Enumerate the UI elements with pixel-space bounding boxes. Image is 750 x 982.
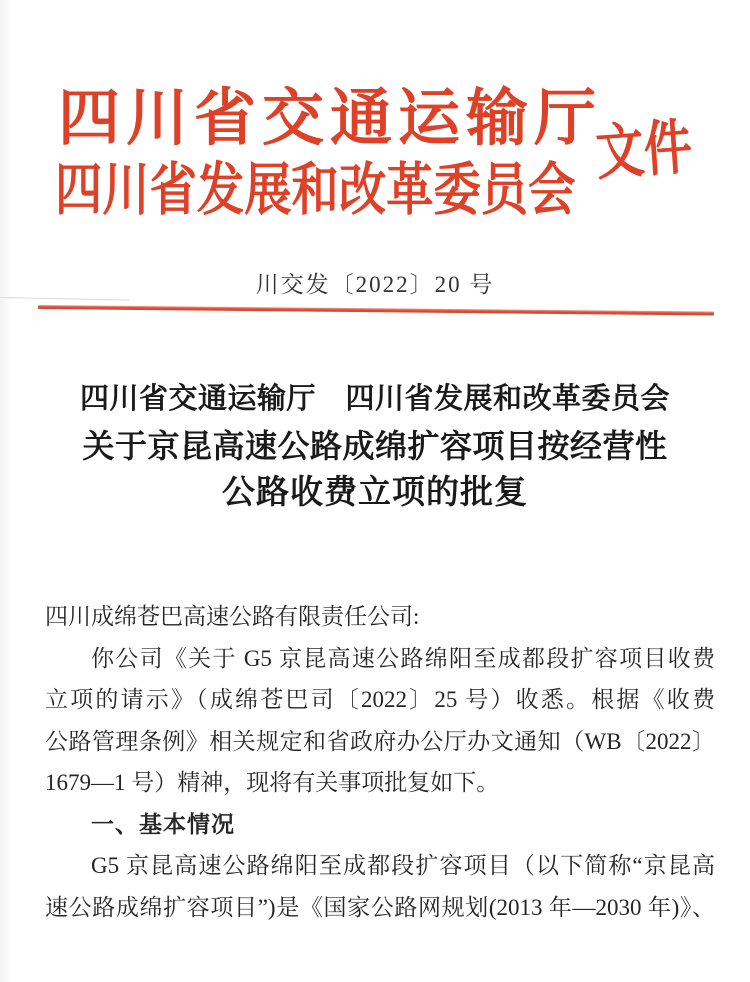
body-line: G5 京昆高速公路绵阳至成都段扩容项目（以下简称“京昆高 xyxy=(45,845,715,887)
agency-name-secondary: 四川省发展和改革委员会 xyxy=(55,162,575,219)
agency-name-primary: 四川省交通运输厅 xyxy=(58,88,602,150)
doc-title-line2: 关于京昆高速公路成绵扩容项目按经营性 xyxy=(0,423,750,470)
body-line: 四川成绵苍巴高速公路有限责任公司: xyxy=(45,596,715,638)
doc-title-line1: 四川省交通运输厅 四川省发展和改革委员会 xyxy=(0,376,750,423)
body-line: 一、基本情况 xyxy=(45,804,715,846)
doc-title: 四川省交通运输厅 四川省发展和改革委员会 关于京昆高速公路成绵扩容项目按经营性 … xyxy=(0,376,750,517)
body-line: 你公司《关于 G5 京昆高速公路绵阳至成都段扩容项目收费 xyxy=(45,638,715,680)
doc-title-line3: 公路收费立项的批复 xyxy=(0,470,750,517)
body-line: 速公路成绵扩容项目”)是《国家公路网规划(2013 年—2030 年)》、 xyxy=(45,887,715,929)
document-body: 四川成绵苍巴高速公路有限责任公司: 你公司《关于 G5 京昆高速公路绵阳至成都段… xyxy=(45,596,715,928)
body-line: 1679—1 号）精神，现将有关事项批复如下。 xyxy=(45,762,715,804)
doc-number: 川交发〔2022〕20 号 xyxy=(0,266,750,299)
document-page: 四川省交通运输厅 四川省发展和改革委员会 文件 川交发〔2022〕20 号 四川… xyxy=(0,0,750,982)
doc-type-label: 文件 xyxy=(594,117,694,184)
red-divider xyxy=(38,305,714,315)
body-line: 公路管理条例》相关规定和省政府办公厅办文通知（WB〔2022〕 xyxy=(45,721,715,763)
body-line: 立项的请示》（成绵苍巴司〔2022〕25 号）收悉。根据《收费 xyxy=(45,679,715,721)
